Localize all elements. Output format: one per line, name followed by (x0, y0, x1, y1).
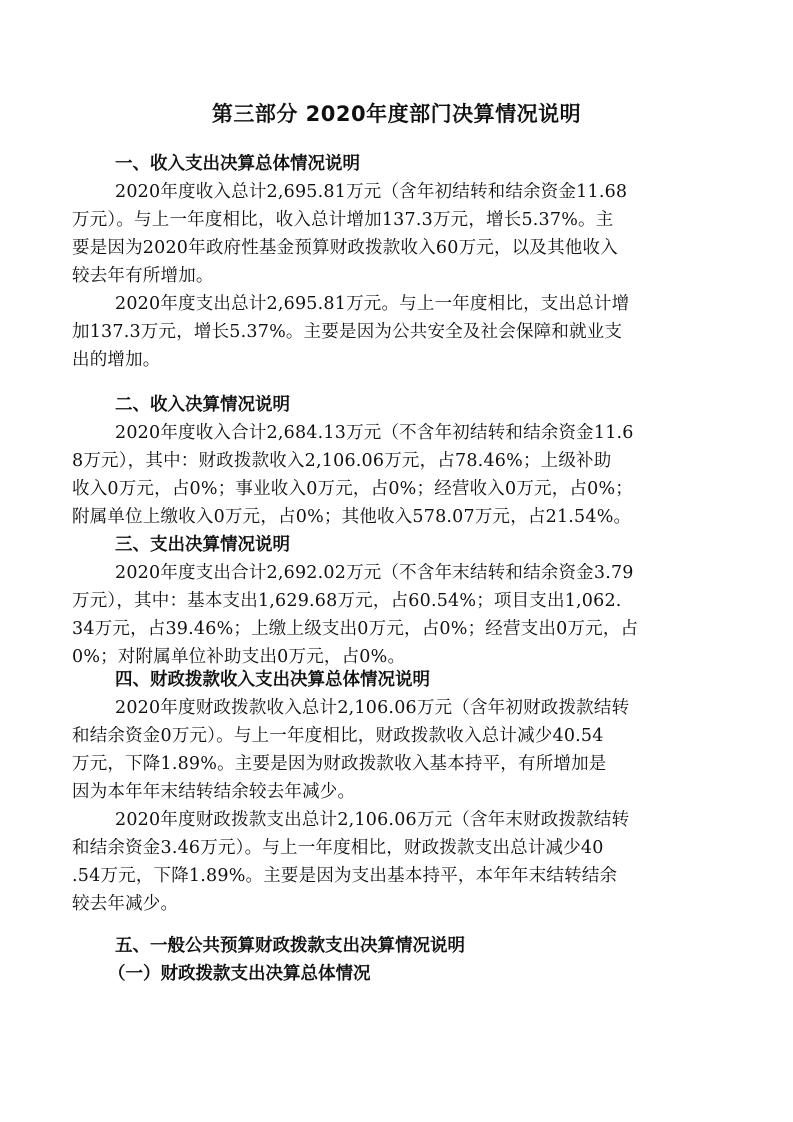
paragraph-line: 万元，下降1.89%。主要是因为财政拨款收入基本持平，有所增加是 (72, 750, 607, 775)
section-heading-4: 四、财政拨款收入支出决算总体情况说明 (115, 666, 430, 691)
paragraph-line: 出的增加。 (72, 346, 161, 371)
paragraph-line: 2020年度财政拨款支出总计2,106.06万元（含年末财政拨款结转 (115, 806, 629, 831)
paragraph-line: 34万元，占39.46%；上缴上级支出0万元，占0%；经营支出0万元，占 (72, 615, 638, 640)
paragraph-line: 较去年有所增加。 (72, 262, 214, 287)
section-heading-1: 一、收入支出决算总体情况说明 (115, 150, 360, 175)
paragraph-line: 2020年度支出总计2,695.81万元。与上一年度相比，支出总计增 (115, 290, 629, 315)
paragraph-line: 万元），其中：基本支出1,629.68万元，占60.54%；项目支出1,062. (72, 587, 622, 612)
subsection-heading: （一）财政拨款支出决算总体情况 (108, 960, 371, 985)
paragraph-line: 2020年度收入总计2,695.81万元（含年初结转和结余资金11.68 (115, 178, 627, 203)
paragraph-line: .54万元，下降1.89%。主要是因为支出基本持平，本年年末结转结余 (72, 862, 617, 887)
paragraph-line: 因为本年年末结转结余较去年减少。 (72, 778, 355, 803)
paragraph-line: 加137.3万元，增长5.37%。主要是因为公共安全及社会保障和就业支 (72, 318, 622, 343)
paragraph-line: 附属单位上缴收入0万元，占0%；其他收入578.07万元，占21.54%。 (72, 503, 631, 528)
paragraph-line: 要是因为2020年政府性基金预算财政拨款收入60万元，以及其他收入 (72, 234, 618, 259)
page-title: 第三部分 2020年度部门决算情况说明 (0, 98, 793, 128)
paragraph-line: 收入0万元，占0%；事业收入0万元，占0%；经营收入0万元，占0%； (72, 475, 633, 500)
paragraph-line: 2020年度支出合计2,692.02万元（不含年末结转和结余资金3.79 (115, 559, 634, 584)
section-heading-3: 三、支出决算情况说明 (115, 531, 290, 556)
paragraph-line: 2020年度财政拨款收入总计2,106.06万元（含年初财政拨款结转 (115, 694, 629, 719)
paragraph-line: 和结余资金3.46万元）。与上一年度相比，财政拨款支出总计减少40 (72, 834, 604, 859)
section-heading-5: 五、一般公共预算财政拨款支出决算情况说明 (115, 932, 465, 957)
paragraph-line: 2020年度收入合计2,684.13万元（不含年初结转和结余资金11.6 (115, 419, 634, 444)
paragraph-line: 万元）。与上一年度相比，收入总计增加137.3万元，增长5.37%。主 (72, 206, 613, 231)
paragraph-line: 较去年减少。 (72, 890, 178, 915)
document-page: 第三部分 2020年度部门决算情况说明 一、收入支出决算总体情况说明 2020年… (0, 0, 793, 1122)
paragraph-line: 8万元），其中：财政拨款收入2,106.06万元，占78.46%；上级补助 (72, 447, 611, 472)
paragraph-line: 和结余资金0万元）。与上一年度相比，财政拨款收入总计减少40.54 (72, 722, 604, 747)
paragraph-line: 0%；对附属单位补助支出0万元，占0%。 (72, 643, 405, 668)
section-heading-2: 二、收入决算情况说明 (115, 391, 290, 416)
